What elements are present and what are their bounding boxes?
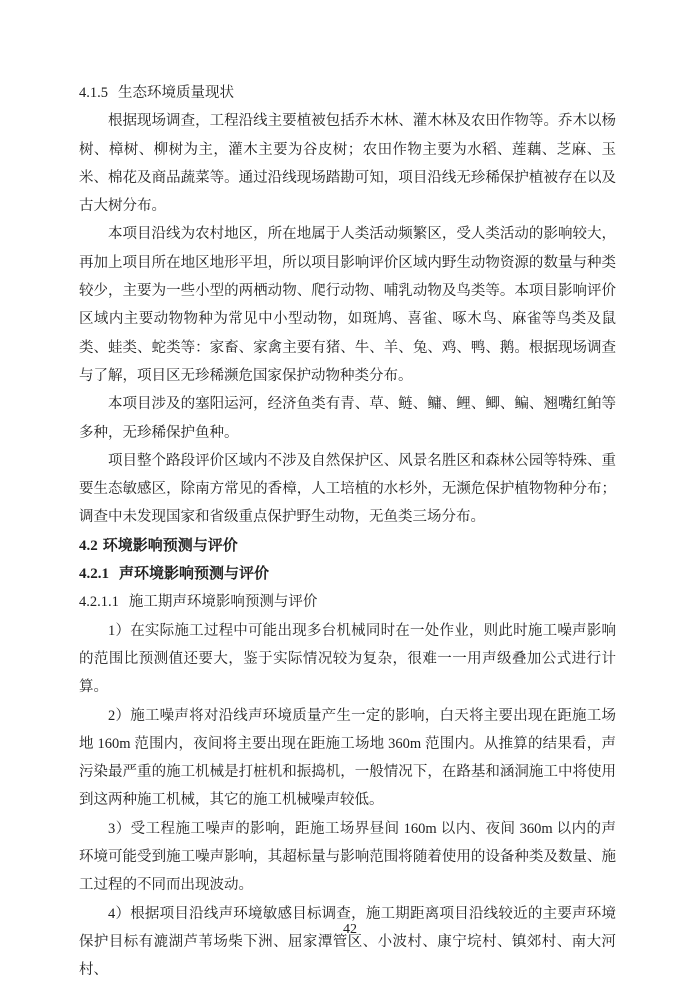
paragraph-animals: 本项目沿线为农村地区，所在地属于人类活动频繁区，受人类活动的影响较大，再加上项目…	[79, 220, 616, 390]
paragraph-fish: 本项目涉及的塞阳运河，经济鱼类有青、草、鲢、鳙、鲤、鲫、鳊、翘嘴红鲌等多种，无珍…	[79, 390, 616, 447]
list-item-noise-2: 2）施工噪声将对沿线声环境质量产生一定的影响，白天将主要出现在距施工场地 160…	[79, 702, 616, 815]
paragraph-sensitive-areas: 项目整个路段评价区域内不涉及自然保护区、风景名胜区和森林公园等特殊、重要生态敏感…	[79, 447, 616, 532]
section-heading-4-2-1-1: 4.2.1.1施工期声环境影响预测与评价	[79, 588, 616, 616]
list-item-noise-1: 1）在实际施工过程中可能出现多台机械同时在一处作业，则此时施工噪声影响的范围比预…	[79, 617, 616, 702]
list-item-noise-3: 3）受工程施工噪声的影响，距施工场界昼间 160m 以内、夜间 360m 以内的…	[79, 815, 616, 900]
page-number: 42	[0, 916, 700, 944]
section-number: 4.2	[79, 532, 98, 560]
document-page: 4.1.5生态环境质量现状 根据现场调查，工程沿线主要植被包括乔木林、灌木林及农…	[0, 0, 700, 989]
section-heading-4-1-5: 4.1.5生态环境质量现状	[79, 79, 616, 107]
section-number: 4.1.5	[79, 79, 108, 107]
page-content: 4.1.5生态环境质量现状 根据现场调查，工程沿线主要植被包括乔木林、灌木林及农…	[79, 79, 616, 985]
section-heading-4-2: 4.2环境影响预测与评价	[79, 532, 616, 560]
section-title: 声环境影响预测与评价	[119, 566, 269, 582]
section-title: 施工期声环境影响预测与评价	[129, 594, 318, 610]
paragraph-vegetation: 根据现场调查，工程沿线主要植被包括乔木林、灌木林及农田作物等。乔木以杨树、樟树、…	[79, 107, 616, 220]
section-number: 4.2.1.1	[79, 588, 119, 616]
section-title: 生态环境质量现状	[118, 85, 234, 101]
section-number: 4.2.1	[79, 560, 109, 588]
section-heading-4-2-1: 4.2.1声环境影响预测与评价	[79, 560, 616, 588]
section-title: 环境影响预测与评价	[103, 538, 238, 554]
